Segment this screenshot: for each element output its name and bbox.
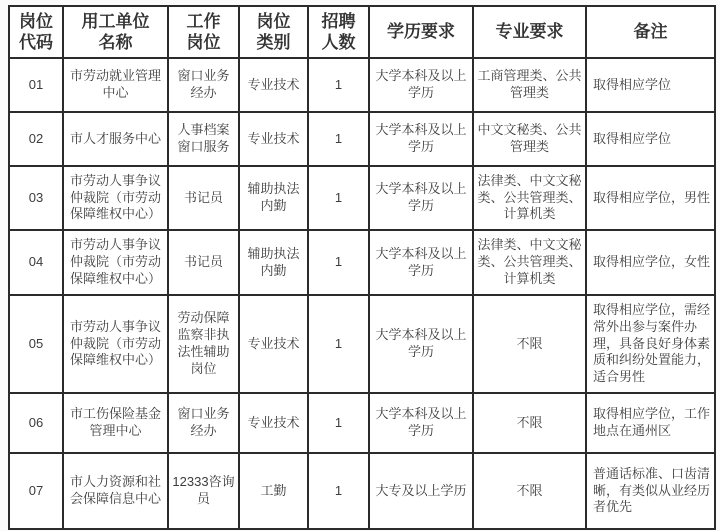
cell-job-position: 窗口业务经办 bbox=[168, 58, 239, 112]
table-row: 04 市劳动人事争议仲裁院（市劳动保障维权中心） 书记员 辅助执法内勤 1 大学… bbox=[9, 230, 715, 295]
cell-post-code: 05 bbox=[9, 295, 63, 393]
cell-post-code: 03 bbox=[9, 166, 63, 230]
table-row: 03 市劳动人事争议仲裁院（市劳动保障维权中心） 书记员 辅助执法内勤 1 大学… bbox=[9, 166, 715, 230]
cell-post-code: 06 bbox=[9, 393, 63, 453]
cell-major-requirement: 法律类、中文文秘类、公共管理类、计算机类 bbox=[473, 166, 586, 230]
header-cell-education-requirement: 学历要求 bbox=[369, 6, 473, 58]
cell-recruit-count: 1 bbox=[308, 58, 369, 112]
header-cell-remarks: 备注 bbox=[586, 6, 715, 58]
cell-employer-name: 市人才服务中心 bbox=[63, 112, 168, 166]
cell-employer-name: 市工伤保险基金管理中心 bbox=[63, 393, 168, 453]
cell-remarks: 普通话标准、口齿清晰，有类似从业经历者优先 bbox=[586, 453, 715, 529]
cell-recruit-count: 1 bbox=[308, 453, 369, 529]
cell-post-code: 07 bbox=[9, 453, 63, 529]
header-cell-position-category: 岗位 类别 bbox=[239, 6, 308, 58]
cell-post-code: 02 bbox=[9, 112, 63, 166]
cell-remarks: 取得相应学位，女性 bbox=[586, 230, 715, 295]
cell-major-requirement: 工商管理类、公共管理类 bbox=[473, 58, 586, 112]
table-row: 07 市人力资源和社会保障信息中心 12333咨询员 工勤 1 大专及以上学历 … bbox=[9, 453, 715, 529]
cell-job-position: 人事档案窗口服务 bbox=[168, 112, 239, 166]
cell-recruit-count: 1 bbox=[308, 230, 369, 295]
cell-job-position: 12333咨询员 bbox=[168, 453, 239, 529]
cell-employer-name: 市劳动人事争议仲裁院（市劳动保障维权中心） bbox=[63, 166, 168, 230]
cell-position-category: 工勤 bbox=[239, 453, 308, 529]
header-cell-major-requirement: 专业要求 bbox=[473, 6, 586, 58]
cell-position-category: 辅助执法内勤 bbox=[239, 230, 308, 295]
cell-post-code: 04 bbox=[9, 230, 63, 295]
cell-job-position: 劳动保障监察非执法性辅助岗位 bbox=[168, 295, 239, 393]
cell-education-requirement: 大学本科及以上学历 bbox=[369, 112, 473, 166]
cell-recruit-count: 1 bbox=[308, 166, 369, 230]
cell-employer-name: 市劳动就业管理中心 bbox=[63, 58, 168, 112]
cell-remarks: 取得相应学位，工作地点在通州区 bbox=[586, 393, 715, 453]
cell-employer-name: 市劳动人事争议仲裁院（市劳动保障维权中心） bbox=[63, 295, 168, 393]
cell-position-category: 专业技术 bbox=[239, 112, 308, 166]
header-row: 岗位 代码 用工单位 名称 工作 岗位 岗位 类别 招聘 人数 学历要求 专业要… bbox=[9, 6, 715, 58]
cell-major-requirement: 不限 bbox=[473, 295, 586, 393]
cell-position-category: 辅助执法内勤 bbox=[239, 166, 308, 230]
cell-major-requirement: 不限 bbox=[473, 393, 586, 453]
cell-remarks: 取得相应学位 bbox=[586, 58, 715, 112]
cell-post-code: 01 bbox=[9, 58, 63, 112]
cell-job-position: 书记员 bbox=[168, 166, 239, 230]
cell-major-requirement: 中文文秘类、公共管理类 bbox=[473, 112, 586, 166]
document-page: 岗位 代码 用工单位 名称 工作 岗位 岗位 类别 招聘 人数 学历要求 专业要… bbox=[0, 0, 720, 531]
cell-recruit-count: 1 bbox=[308, 112, 369, 166]
cell-remarks: 取得相应学位 bbox=[586, 112, 715, 166]
cell-education-requirement: 大学本科及以上学历 bbox=[369, 393, 473, 453]
cell-education-requirement: 大学本科及以上学历 bbox=[369, 230, 473, 295]
cell-education-requirement: 大学本科及以上学历 bbox=[369, 295, 473, 393]
cell-position-category: 专业技术 bbox=[239, 295, 308, 393]
cell-education-requirement: 大专及以上学历 bbox=[369, 453, 473, 529]
cell-job-position: 书记员 bbox=[168, 230, 239, 295]
cell-employer-name: 市人力资源和社会保障信息中心 bbox=[63, 453, 168, 529]
table-row: 02 市人才服务中心 人事档案窗口服务 专业技术 1 大学本科及以上学历 中文文… bbox=[9, 112, 715, 166]
cell-position-category: 专业技术 bbox=[239, 393, 308, 453]
cell-major-requirement: 不限 bbox=[473, 453, 586, 529]
cell-remarks: 取得相应学位，男性 bbox=[586, 166, 715, 230]
cell-recruit-count: 1 bbox=[308, 295, 369, 393]
cell-education-requirement: 大学本科及以上学历 bbox=[369, 166, 473, 230]
table-row: 01 市劳动就业管理中心 窗口业务经办 专业技术 1 大学本科及以上学历 工商管… bbox=[9, 58, 715, 112]
cell-major-requirement: 法律类、中文文秘类、公共管理类、计算机类 bbox=[473, 230, 586, 295]
header-cell-employer-name: 用工单位 名称 bbox=[63, 6, 168, 58]
header-cell-post-code: 岗位 代码 bbox=[9, 6, 63, 58]
cell-remarks: 取得相应学位，需经常外出参与案件办理，具备良好身体素质和纠纷处置能力，适合男性 bbox=[586, 295, 715, 393]
cell-job-position: 窗口业务经办 bbox=[168, 393, 239, 453]
table-row: 06 市工伤保险基金管理中心 窗口业务经办 专业技术 1 大学本科及以上学历 不… bbox=[9, 393, 715, 453]
header-cell-recruit-count: 招聘 人数 bbox=[308, 6, 369, 58]
table-row: 05 市劳动人事争议仲裁院（市劳动保障维权中心） 劳动保障监察非执法性辅助岗位 … bbox=[9, 295, 715, 393]
cell-recruit-count: 1 bbox=[308, 393, 369, 453]
cell-education-requirement: 大学本科及以上学历 bbox=[369, 58, 473, 112]
job-posting-table: 岗位 代码 用工单位 名称 工作 岗位 岗位 类别 招聘 人数 学历要求 专业要… bbox=[8, 5, 716, 530]
cell-employer-name: 市劳动人事争议仲裁院（市劳动保障维权中心） bbox=[63, 230, 168, 295]
header-cell-job-position: 工作 岗位 bbox=[168, 6, 239, 58]
cell-position-category: 专业技术 bbox=[239, 58, 308, 112]
